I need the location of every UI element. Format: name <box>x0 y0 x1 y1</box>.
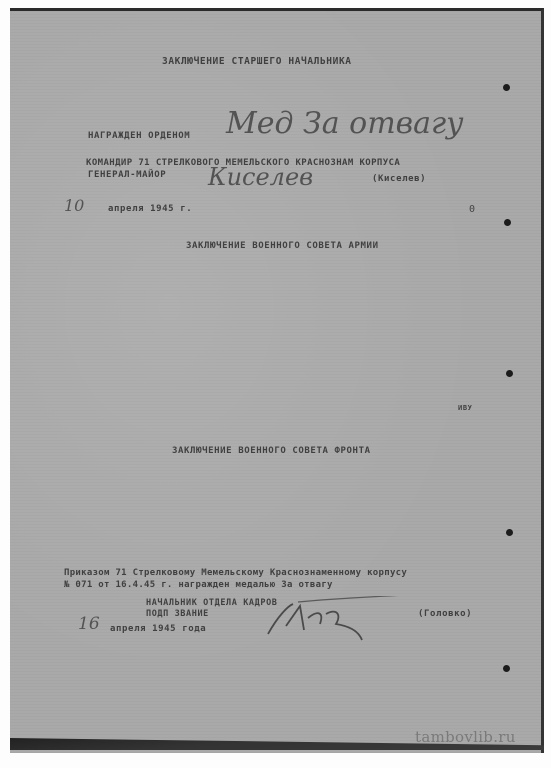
margin-mark: ИВУ <box>458 404 472 412</box>
rank-line: ГЕНЕРАЛ-МАЙОР <box>88 170 166 180</box>
order-line-2: № 071 от 16.4.45 г. награжден медалью За… <box>64 580 333 590</box>
heading-senior-commander: ЗАКЛЮЧЕНИЕ СТАРШЕГО НАЧАЛЬНИКА <box>162 56 352 67</box>
award-handwritten: Мед За отвагу <box>226 106 464 141</box>
date1-rest: апреля 1945 г. <box>108 204 192 214</box>
date2-rest: апреля 1945 года <box>110 624 206 634</box>
order-line-1: Приказом 71 Стрелковому Мемельскому Крас… <box>64 568 407 578</box>
heading-army-council: ЗАКЛЮЧЕНИЕ ВОЕННОГО СОВЕТА АРМИИ <box>186 241 379 251</box>
commander-signature: Киселев <box>208 163 313 191</box>
date2-day: 16 <box>78 614 100 634</box>
chief-line-2: ПОДП ЗВАНИЕ <box>146 609 209 619</box>
punch-hole <box>506 370 513 377</box>
heading-front-council: ЗАКЛЮЧЕНИЕ ВОЕННОГО СОВЕТА ФРОНТА <box>172 446 371 456</box>
award-label: НАГРАЖДЕН ОРДЕНОМ <box>88 131 190 141</box>
side-mark: 0 <box>469 204 475 215</box>
punch-hole <box>504 219 511 226</box>
punch-hole <box>506 529 513 536</box>
punch-hole <box>503 665 510 672</box>
commander-name: (Киселев) <box>372 174 426 184</box>
punch-hole <box>503 84 510 91</box>
date1-day: 10 <box>64 196 84 215</box>
watermark: tambovlib.ru <box>415 728 516 746</box>
chief-signature <box>258 596 428 646</box>
